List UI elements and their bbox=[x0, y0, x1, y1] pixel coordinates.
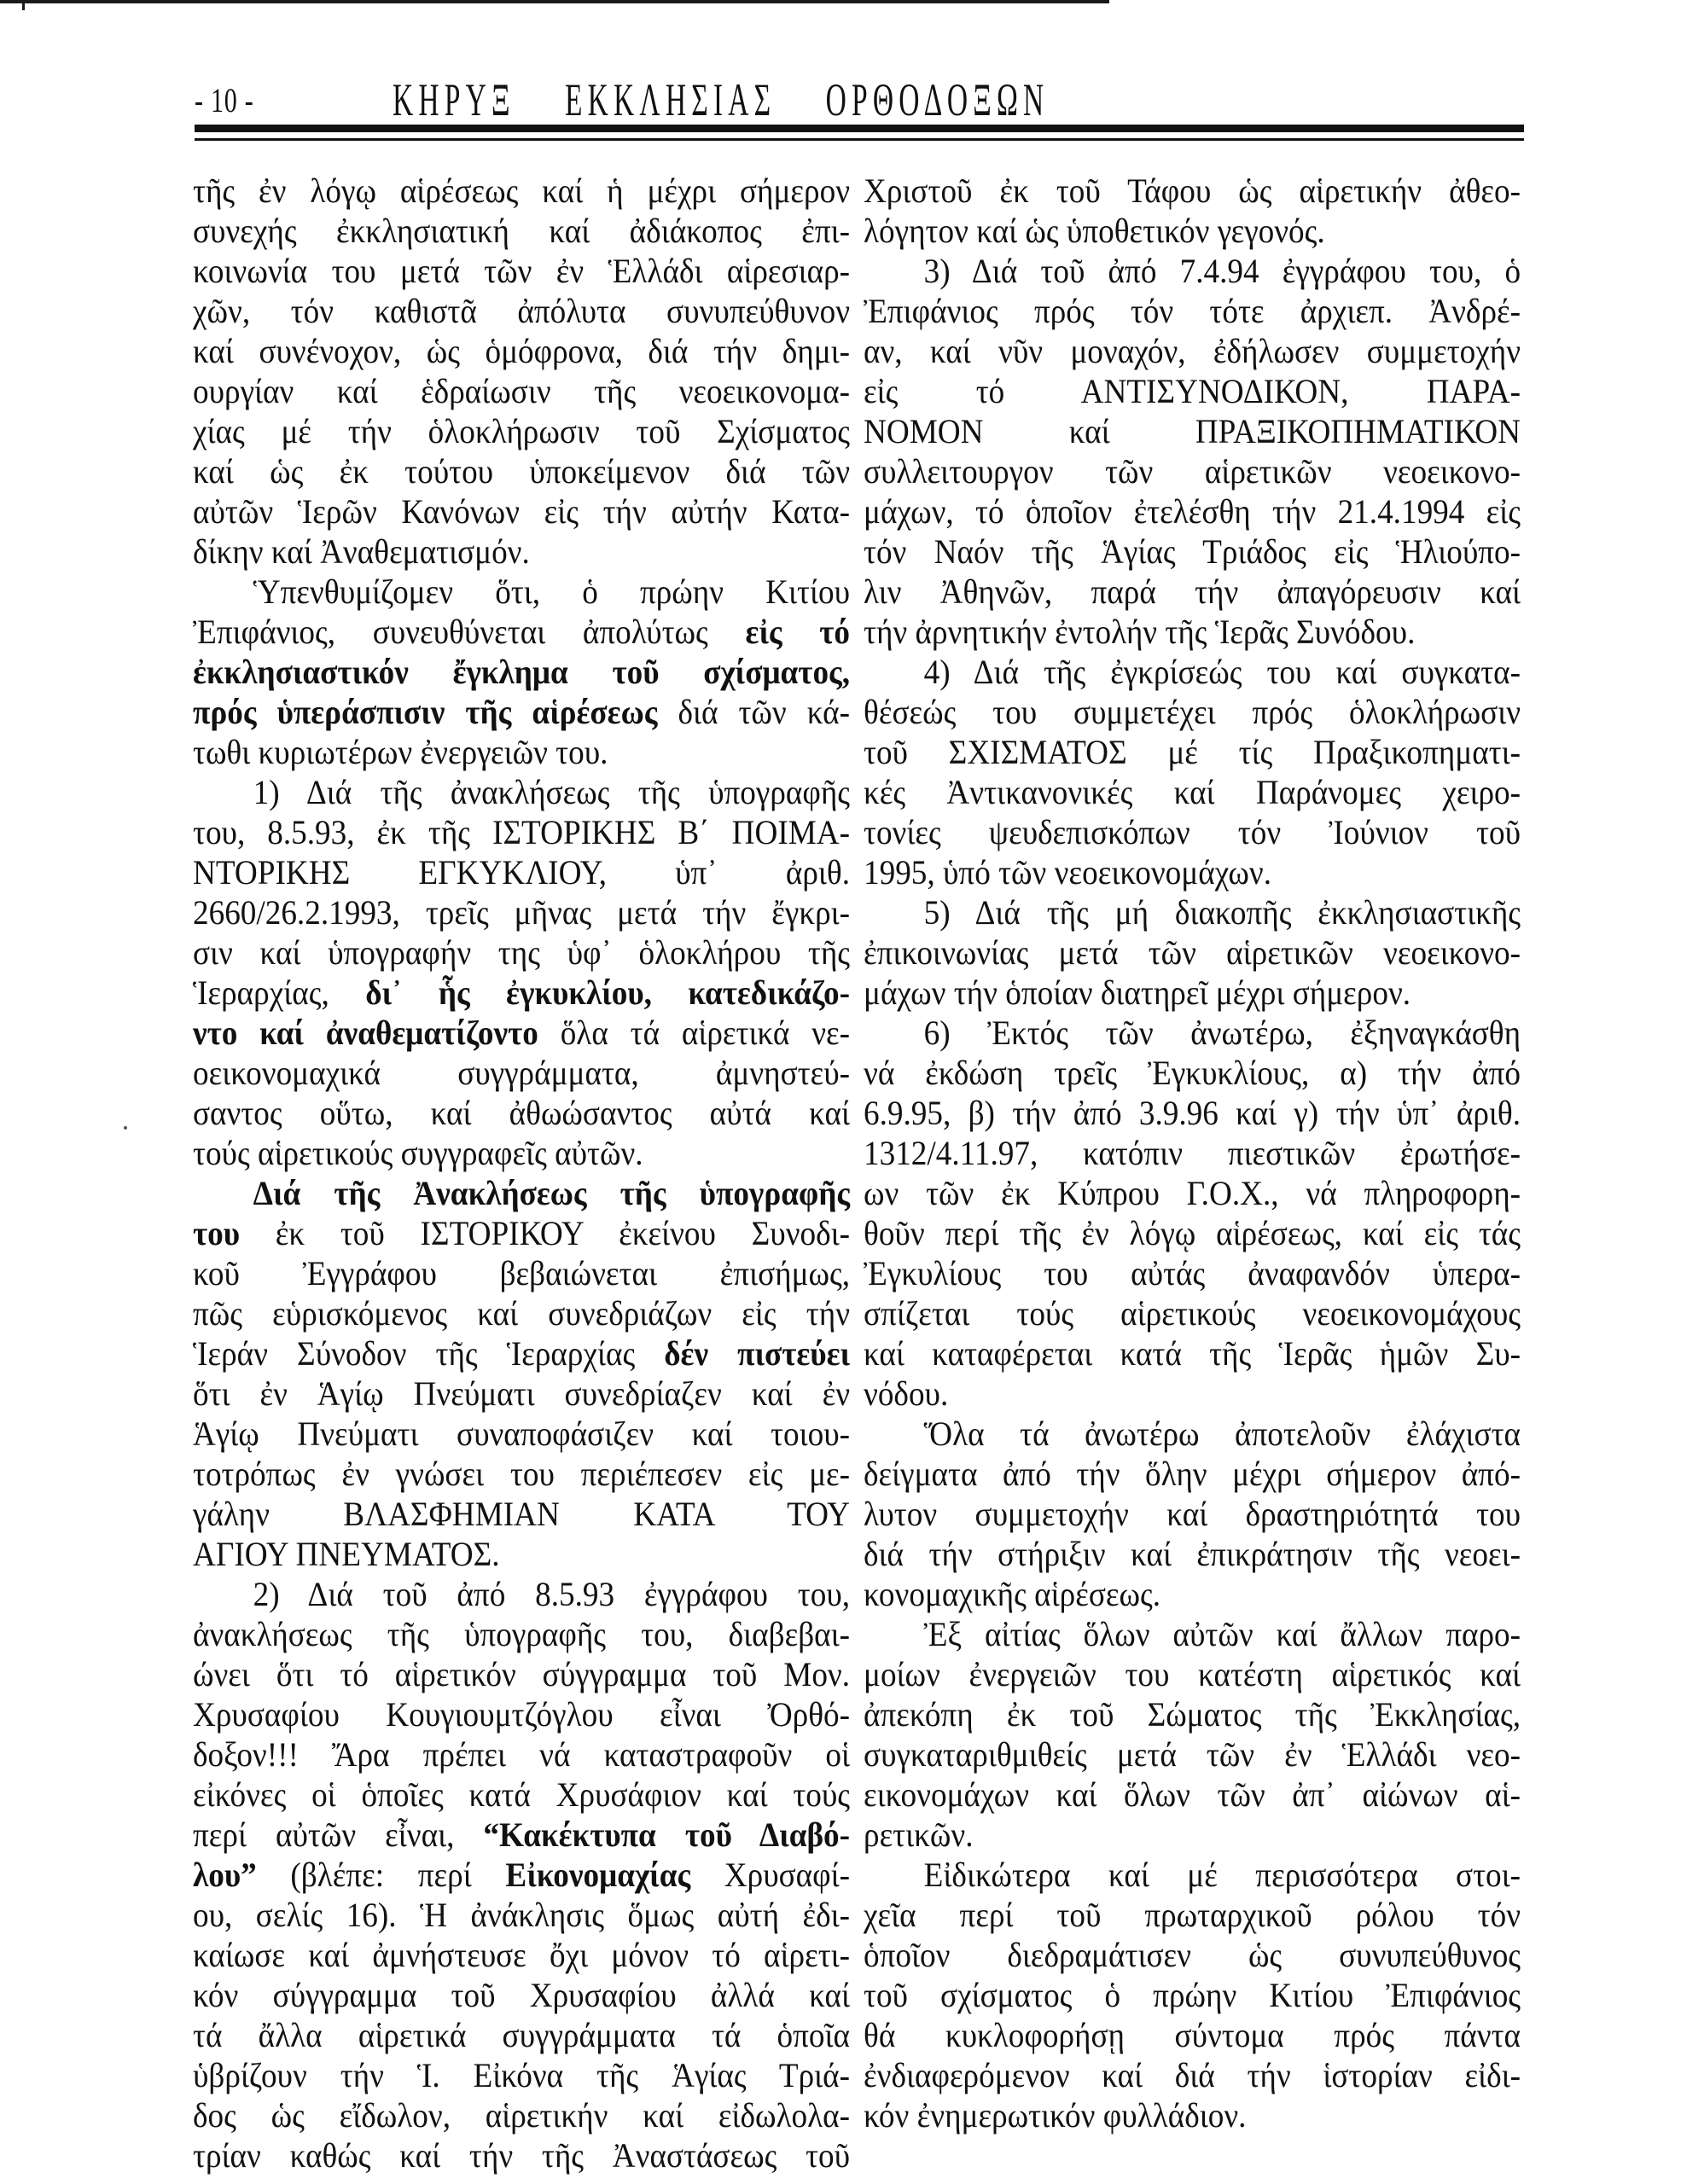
text-segment: τοτρόπως ἐν γνώσει του περιέπεσεν εἰς με… bbox=[193, 1455, 850, 1493]
text-segment: ἀπεκόπη ἐκ τοῦ Σώματος τῆς Ἐκκλησίας, bbox=[864, 1695, 1521, 1734]
text-line: τήν ἀρνητικήν ἐντολήν τῆς Ἱερᾶς Συνόδου. bbox=[864, 612, 1521, 652]
text-segment: τρίαν καθώς καί τήν τῆς Ἀναστάσεως τοῦ bbox=[193, 2136, 850, 2175]
text-segment: διά τήν στήριξιν καί ἐπικράτησιν τῆς νεο… bbox=[864, 1535, 1521, 1573]
text-segment: εικονομάχων καί ὅλων τῶν ἀπ᾽ αἰώνων αἱ- bbox=[864, 1775, 1521, 1814]
bold-text: Διά τῆς Ἀνακλήσεως τῆς ὑπογραφῆς bbox=[253, 1174, 850, 1212]
text-line: νόδου. bbox=[864, 1374, 1521, 1414]
text-segment: 6) Ἐκτός τῶν ἀνωτέρω, ἐξηναγκάσθη bbox=[924, 1014, 1521, 1052]
text-line: νά ἐκδώση τρεῖς Ἐγκυκλίους, α) τήν ἀπό bbox=[864, 1053, 1521, 1093]
text-line: ρετικῶν. bbox=[864, 1815, 1521, 1855]
text-segment: 1) Διά τῆς ἀνακλήσεως τῆς ὑπογραφῆς bbox=[253, 773, 850, 811]
text-segment: Ἐπιφάνιος, συνευθύνεται ἀπολύτως bbox=[193, 613, 745, 651]
text-segment: ἐκ τοῦ ΙΣΤΟΡΙΚΟΥ ἐκείνου Συνοδι- bbox=[240, 1214, 850, 1252]
bold-text: λου” bbox=[193, 1856, 257, 1894]
text-line: χίας μέ τήν ὁλοκλήρωσιν τοῦ Σχίσματος bbox=[193, 411, 850, 451]
text-segment: εἰκόνες οἱ ὁποῖες κατά Χρυσάφιον καί τού… bbox=[193, 1775, 850, 1814]
text-segment: συλλειτουργον τῶν αἱρετικῶν νεοεικονο- bbox=[864, 452, 1521, 491]
title-word: ΟΡΘΟΔΟΞΩΝ bbox=[826, 74, 1050, 125]
text-line: ουργίαν καί ἑδραίωσιν τῆς νεοεικονομα- bbox=[193, 371, 850, 411]
text-line: καί ὡς ἐκ τούτου ὑποκείμενον διά τῶν bbox=[193, 451, 850, 491]
text-line: χεῖα περί τοῦ πρωταρχικοῦ ρόλου τόν bbox=[864, 1895, 1521, 1935]
text-line: τωθι κυριωτέρων ἐνεργειῶν του. bbox=[193, 732, 850, 772]
text-segment: συγκαταριθμιθείς μετά τῶν ἐν Ἑλλάδι νεο- bbox=[864, 1735, 1521, 1774]
text-line: λου” (βλέπε: περί Εἰκονομαχίας Χρυσαφί- bbox=[193, 1855, 850, 1895]
text-segment: τόν Ναόν τῆς Ἁγίας Τριάδος εἰς Ἡλιούπο- bbox=[864, 532, 1521, 571]
text-segment: πῶς εὑρισκόμενος καί συνεδριάζων εἰς τήν bbox=[193, 1294, 850, 1333]
text-segment: χίας μέ τήν ὁλοκλήρωσιν τοῦ Σχίσματος bbox=[193, 412, 850, 450]
bold-text: Εἰκονομαχίας bbox=[505, 1856, 690, 1894]
text-line: τοῦ σχίσματος ὁ πρώην Κιτίου Ἐπιφάνιος bbox=[864, 1975, 1521, 2015]
text-segment: δος ὡς εἴδωλον, αἱρετικήν καί εἰδωλολα- bbox=[193, 2096, 850, 2135]
text-segment: 5) Διά τῆς μή διακοπῆς ἐκκλησιαστικῆς bbox=[924, 893, 1521, 932]
text-line: πρός ὑπεράσπισιν τῆς αἱρέσεως διά τῶν κά… bbox=[193, 692, 850, 732]
text-line: ΝΤΟΡΙΚΗΣ ΕΓΚΥΚΛΙΟΥ, ὑπ᾽ ἀριθ. bbox=[193, 852, 850, 892]
text-segment: 2) Διά τοῦ ἀπό 8.5.93 ἐγγράφου του, bbox=[253, 1575, 850, 1613]
text-line: ἐνδιαφερόμενον καί διά τήν ἱστορίαν εἰδι… bbox=[864, 2055, 1521, 2095]
text-segment: ρετικῶν. bbox=[864, 1815, 973, 1854]
text-segment: ΝΟΜΟΝ καί ΠΡΑΞΙΚΟΠΗΜΑΤΙΚΟΝ bbox=[864, 412, 1521, 450]
text-segment: λυτον συμμετοχήν καί δραστηριότητά του bbox=[864, 1495, 1521, 1533]
text-segment: ὅτι ἐν Ἁγίῳ Πνεύματι συνεδρίαζεν καί ἐν bbox=[193, 1374, 850, 1413]
text-segment: καί καταφέρεται κατά τῆς Ἱερᾶς ἡμῶν Συ- bbox=[864, 1334, 1521, 1373]
text-segment: νόδου. bbox=[864, 1374, 948, 1413]
text-line: 2660/26.2.1993, τρεῖς μῆνας μετά τήν ἔγκ… bbox=[193, 892, 850, 932]
text-line: κοῦ Ἐγγράφου βεβαιώνεται ἐπισήμως, bbox=[193, 1253, 850, 1293]
text-line: σπίζεται τούς αἱρετικούς νεοεικονομάχους bbox=[864, 1293, 1521, 1333]
text-line: καίωσε καί ἀμνήστευσε ὄχι μόνον τό αἱρετ… bbox=[193, 1935, 850, 1975]
text-segment: οεικονομαχικά συγγράμματα, ἀμνηστεύ- bbox=[193, 1054, 850, 1092]
text-segment: χεῖα περί τοῦ πρωταρχικοῦ ρόλου τόν bbox=[864, 1896, 1521, 1934]
text-line: 4) Διά τῆς ἐγκρίσεώς του καί συγκατα- bbox=[864, 652, 1521, 692]
text-segment: διά τῶν κά- bbox=[657, 693, 850, 731]
text-segment: Ἁγίῳ Πνεύματι συναποφάσιζεν καί τοιου- bbox=[193, 1414, 850, 1453]
right-column: Χριστοῦ ἐκ τοῦ Τάφου ὡς αἱρετικήν ἀθεο-λ… bbox=[864, 171, 1521, 2135]
text-segment: ὅλα τά αἱρετικά νε- bbox=[538, 1014, 850, 1052]
text-line: τοτρόπως ἐν γνώσει του περιέπεσεν εἰς με… bbox=[193, 1454, 850, 1494]
bold-text: εἰς τό bbox=[745, 613, 850, 651]
text-line: λυτον συμμετοχήν καί δραστηριότητά του bbox=[864, 1494, 1521, 1534]
text-segment: θέσεώς του συμμετέχει πρός ὁλοκλήρωσιν bbox=[864, 693, 1521, 731]
text-segment: ουργίαν καί ἑδραίωσιν τῆς νεοεικονομα- bbox=[193, 372, 850, 410]
text-segment: αὐτῶν Ἱερῶν Κανόνων εἰς τήν αὐτήν Κατα- bbox=[193, 492, 850, 531]
text-segment: 4) Διά τῆς ἐγκρίσεώς του καί συγκατα- bbox=[924, 653, 1521, 691]
text-line: Διά τῆς Ἀνακλήσεως τῆς ὑπογραφῆς bbox=[193, 1173, 850, 1213]
bold-text: “Κακέκτυπα τοῦ Διαβό- bbox=[483, 1815, 850, 1854]
text-line: συνεχής ἐκκλησιατική καί ἀδιάκοπος ἐπι- bbox=[193, 211, 850, 251]
text-line: τά ἄλλα αἱρετικά συγγράμματα τά ὁποῖα bbox=[193, 2015, 850, 2055]
text-line: ἐκκλησιαστικόν ἔγκλημα τοῦ σχίσματος, bbox=[193, 652, 850, 692]
text-segment: ων τῶν ἐκ Κύπρου Γ.Ο.Χ., νά πληροφορη- bbox=[864, 1174, 1521, 1212]
text-segment: τοῦ ΣΧΙΣΜΑΤΟΣ μέ τίς Πραξικοπηματι- bbox=[864, 733, 1521, 771]
text-segment: μοίων ἐνεργειῶν του κατέστη αἱρετικός κα… bbox=[864, 1655, 1521, 1693]
text-line: Ἱεραρχίας, δι᾽ ἧς ἐγκυκλίου, κατεδικάζο- bbox=[193, 973, 850, 1013]
text-line: εἰκόνες οἱ ὁποῖες κατά Χρυσάφιον καί τού… bbox=[193, 1774, 850, 1815]
text-segment: μάχων, τό ὁποῖον ἐτελέσθη τήν 21.4.1994 … bbox=[864, 492, 1521, 531]
text-line: αὐτῶν Ἱερῶν Κανόνων εἰς τήν αὐτήν Κατα- bbox=[193, 491, 850, 531]
text-segment: εἰς τό ΑΝΤΙΣΥΝΟΔΙΚΟΝ, ΠΑΡΑ- bbox=[864, 372, 1521, 410]
text-line: ὑβρίζουν τήν Ἱ. Εἰκόνα τῆς Ἁγίας Τριά- bbox=[193, 2055, 850, 2095]
text-segment: θά κυκλοφορήσῃ σύντομα πρός πάντα bbox=[864, 2016, 1521, 2054]
text-line: ώνει ὅτι τό αἱρετικόν σύγγραμμα τοῦ Μον. bbox=[193, 1654, 850, 1694]
text-line: σιν καί ὑπογραφήν της ὑφ᾽ ὁλοκλήρου τῆς bbox=[193, 932, 850, 973]
bold-text: πρός ὑπεράσπισιν τῆς αἱρέσεως bbox=[193, 693, 657, 731]
text-segment: κοινωνία του μετά τῶν ἐν Ἑλλάδι αἱρεσιαρ… bbox=[193, 252, 850, 290]
text-segment: (βλέπε: περί bbox=[257, 1856, 506, 1894]
text-segment: ΑΓΙΟΥ ΠΝΕΥΜΑΤΟΣ. bbox=[193, 1535, 500, 1573]
text-line: τῆς ἐν λόγῳ αἱρέσεως καί ἡ μέχρι σήμερον bbox=[193, 171, 850, 211]
text-segment: τῆς ἐν λόγῳ αἱρέσεως καί ἡ μέχρι σήμερον bbox=[193, 171, 850, 210]
scan-edge-tick bbox=[22, 0, 25, 10]
text-segment: ὁποῖον διεδραμάτισεν ὡς συνυπεύθυνος bbox=[864, 1936, 1521, 1974]
text-line: Ἐξ αἰτίας ὅλων αὐτῶν καί ἄλλων παρο- bbox=[864, 1614, 1521, 1654]
text-segment: Χριστοῦ ἐκ τοῦ Τάφου ὡς αἱρετικήν ἀθεο- bbox=[864, 171, 1521, 210]
journal-title: ΚΗΡΥΞ ΕΚΚΛΗΣΙΑΣ ΟΡΘΟΔΟΞΩΝ bbox=[393, 73, 1049, 126]
text-segment: δίκην καί Ἀναθεματισμόν. bbox=[193, 532, 530, 571]
text-line: κονομαχικῆς αἱρέσεως. bbox=[864, 1574, 1521, 1614]
text-line: συλλειτουργον τῶν αἱρετικῶν νεοεικονο- bbox=[864, 451, 1521, 491]
text-line: ἐπικοινωνίας μετά τῶν αἱρετικῶν νεοεικον… bbox=[864, 932, 1521, 973]
text-line: 1) Διά τῆς ἀνακλήσεως τῆς ὑπογραφῆς bbox=[193, 772, 850, 812]
text-line: Εἰδικώτερα καί μέ περισσότερα στοι- bbox=[864, 1855, 1521, 1895]
text-line: ΝΟΜΟΝ καί ΠΡΑΞΙΚΟΠΗΜΑΤΙΚΟΝ bbox=[864, 411, 1521, 451]
text-segment: λιν Ἀθηνῶν, παρά τήν ἀπαγόρευσιν καί bbox=[864, 572, 1521, 611]
text-line: λόγητον καί ὡς ὑποθετικόν γεγονός. bbox=[864, 211, 1521, 251]
text-line: ὁποῖον διεδραμάτισεν ὡς συνυπεύθυνος bbox=[864, 1935, 1521, 1975]
bold-text: ἐκκλησιαστικόν ἔγκλημα τοῦ σχίσματος, bbox=[193, 653, 850, 691]
text-segment: 1312/4.11.97, κατόπιν πιεστικῶν ἐρωτήσε- bbox=[864, 1134, 1521, 1172]
text-segment: δείγματα ἀπό τήν ὅλην μέχρι σήμερον ἀπό- bbox=[864, 1455, 1521, 1493]
text-segment: ἀνακλήσεως τῆς ὑπογραφῆς του, διαβεβαι- bbox=[193, 1615, 850, 1653]
text-line: θά κυκλοφορήσῃ σύντομα πρός πάντα bbox=[864, 2015, 1521, 2055]
text-segment: ου, σελίς 16). Ἡ ἀνάκλησις ὅμως αὐτή ἐδι… bbox=[193, 1896, 850, 1934]
text-segment: αν, καί νῦν μοναχόν, ἐδήλωσεν συμμετοχήν bbox=[864, 332, 1521, 370]
text-line: ὅτι ἐν Ἁγίῳ Πνεύματι συνεδρίαζεν καί ἐν bbox=[193, 1374, 850, 1414]
text-segment: Εἰδικώτερα καί μέ περισσότερα στοι- bbox=[924, 1856, 1521, 1894]
text-line: διά τήν στήριξιν καί ἐπικράτησιν τῆς νεο… bbox=[864, 1534, 1521, 1574]
page-header: - 10 - ΚΗΡΥΞ ΕΚΚΛΗΣΙΑΣ ΟΡΘΟΔΟΞΩΝ bbox=[195, 75, 1526, 118]
text-line: κόν σύγγραμμα τοῦ Χρυσαφίου ἀλλά καί bbox=[193, 1975, 850, 2015]
text-segment: νά ἐκδώση τρεῖς Ἐγκυκλίους, α) τήν ἀπό bbox=[864, 1054, 1521, 1092]
text-line: Ἱεράν Σύνοδον τῆς Ἱεραρχίας δέν πιστεύει bbox=[193, 1333, 850, 1374]
text-segment: Χρυσαφί- bbox=[690, 1856, 850, 1894]
text-line: 6) Ἐκτός τῶν ἀνωτέρω, ἐξηναγκάσθη bbox=[864, 1013, 1521, 1053]
text-line: θέσεώς του συμμετέχει πρός ὁλοκλήρωσιν bbox=[864, 692, 1521, 732]
text-segment: καί συνένοχον, ὡς ὁμόφρονα, διά τήν δημι… bbox=[193, 332, 850, 370]
text-line: ων τῶν ἐκ Κύπρου Γ.Ο.Χ., νά πληροφορη- bbox=[864, 1173, 1521, 1213]
text-segment: δοξον!!! Ἄρα πρέπει νά καταστραφοῦν οἱ bbox=[193, 1735, 850, 1774]
text-line: του, 8.5.93, ἐκ τῆς ΙΣΤΟΡΙΚΗΣ Β΄ ΠΟΙΜΑ- bbox=[193, 812, 850, 852]
bold-text: δι᾽ ἧς ἐγκυκλίου, κατεδικάζο- bbox=[365, 973, 850, 1012]
margin-mark bbox=[124, 1126, 127, 1130]
text-line: κές Ἀντικανονικές καί Παράνομες χειρο- bbox=[864, 772, 1521, 812]
text-line: 2) Διά τοῦ ἀπό 8.5.93 ἐγγράφου του, bbox=[193, 1574, 850, 1614]
text-line: εἰς τό ΑΝΤΙΣΥΝΟΔΙΚΟΝ, ΠΑΡΑ- bbox=[864, 371, 1521, 411]
header-rule-thick bbox=[195, 125, 1524, 132]
text-segment: κόν ἐνημερωτικόν φυλλάδιον. bbox=[864, 2096, 1246, 2135]
text-line: δοξον!!! Ἄρα πρέπει νά καταστραφοῦν οἱ bbox=[193, 1734, 850, 1774]
text-line: κοινωνία του μετά τῶν ἐν Ἑλλάδι αἱρεσιαρ… bbox=[193, 251, 850, 291]
text-line: τρίαν καθώς καί τήν τῆς Ἀναστάσεως τοῦ bbox=[193, 2135, 850, 2175]
text-line: κόν ἐνημερωτικόν φυλλάδιον. bbox=[864, 2095, 1521, 2135]
text-line: αν, καί νῦν μοναχόν, ἐδήλωσεν συμμετοχήν bbox=[864, 331, 1521, 371]
text-line: οεικονομαχικά συγγράμματα, ἀμνηστεύ- bbox=[193, 1053, 850, 1093]
text-line: θοῦν περί τῆς ἐν λόγῳ αἱρέσεως, καί εἰς … bbox=[864, 1213, 1521, 1253]
text-line: Ὅλα τά ἀνωτέρω ἀποτελοῦν ἐλάχιστα bbox=[864, 1414, 1521, 1454]
page-number: - 10 - bbox=[195, 80, 253, 120]
title-word: ΕΚΚΛΗΣΙΑΣ bbox=[565, 74, 776, 125]
text-segment: Χρυσαφίου Κουγιουμτζόγλου εἶναι Ὀρθό- bbox=[193, 1695, 850, 1734]
text-segment: ΝΤΟΡΙΚΗΣ ΕΓΚΥΚΛΙΟΥ, ὑπ᾽ ἀριθ. bbox=[193, 853, 850, 892]
text-line: Χριστοῦ ἐκ τοῦ Τάφου ὡς αἱρετικήν ἀθεο- bbox=[864, 171, 1521, 211]
text-line: ἀνακλήσεως τῆς ὑπογραφῆς του, διαβεβαι- bbox=[193, 1614, 850, 1654]
text-segment: σπίζεται τούς αἱρετικούς νεοεικονομάχους bbox=[864, 1294, 1521, 1333]
text-line: πῶς εὑρισκόμενος καί συνεδριάζων εἰς τήν bbox=[193, 1293, 850, 1333]
text-line: γάλην ΒΛΑΣΦΗΜΙΑΝ ΚΑΤΑ ΤΟΥ bbox=[193, 1494, 850, 1534]
text-segment: ώνει ὅτι τό αἱρετικόν σύγγραμμα τοῦ Μον. bbox=[193, 1655, 850, 1693]
text-line: λιν Ἀθηνῶν, παρά τήν ἀπαγόρευσιν καί bbox=[864, 572, 1521, 612]
text-segment: μάχων τήν ὁποίαν διατηρεῖ μέχρι σήμερον. bbox=[864, 973, 1411, 1012]
text-segment: Ἐπιφάνιος πρός τόν τότε ἀρχιεπ. Ἀνδρέ- bbox=[864, 292, 1521, 330]
text-segment: 3) Διά τοῦ ἀπό 7.4.94 ἐγγράφου του, ὁ bbox=[924, 252, 1521, 290]
text-segment: τονίες ψευδεπισκόπων τόν Ἰούνιον τοῦ bbox=[864, 813, 1521, 851]
text-segment: του, 8.5.93, ἐκ τῆς ΙΣΤΟΡΙΚΗΣ Β΄ ΠΟΙΜΑ- bbox=[193, 813, 850, 851]
text-line: καί συνένοχον, ὡς ὁμόφρονα, διά τήν δημι… bbox=[193, 331, 850, 371]
text-line: Ἐπιφάνιος πρός τόν τότε ἀρχιεπ. Ἀνδρέ- bbox=[864, 291, 1521, 331]
text-line: μάχων τήν ὁποίαν διατηρεῖ μέχρι σήμερον. bbox=[864, 973, 1521, 1013]
text-segment: Ἱεραρχίας, bbox=[193, 973, 365, 1012]
text-segment: τούς αἱρετικούς συγγραφεῖς αὐτῶν. bbox=[193, 1134, 643, 1172]
text-segment: 2660/26.2.1993, τρεῖς μῆνας μετά τήν ἔγκ… bbox=[193, 893, 850, 932]
text-segment: περί αὐτῶν εἶναι, bbox=[193, 1815, 483, 1854]
text-segment: καίωσε καί ἀμνήστευσε ὄχι μόνον τό αἱρετ… bbox=[193, 1936, 850, 1974]
text-line: ντο καί ἀναθεματίζοντο ὅλα τά αἱρετικά ν… bbox=[193, 1013, 850, 1053]
text-line: ἀπεκόπη ἐκ τοῦ Σώματος τῆς Ἐκκλησίας, bbox=[864, 1694, 1521, 1734]
text-line: χῶν, τόν καθιστᾶ ἀπόλυτα συνυπεύθυνον bbox=[193, 291, 850, 331]
text-line: Χρυσαφίου Κουγιουμτζόγλου εἶναι Ὀρθό- bbox=[193, 1694, 850, 1734]
text-segment: Ἱεράν Σύνοδον τῆς Ἱεραρχίας bbox=[193, 1334, 664, 1373]
text-segment: χῶν, τόν καθιστᾶ ἀπόλυτα συνυπεύθυνον bbox=[193, 292, 850, 330]
text-segment: κοῦ Ἐγγράφου βεβαιώνεται ἐπισήμως, bbox=[193, 1254, 850, 1292]
text-line: 1995, ὑπό τῶν νεοεικονομάχων. bbox=[864, 852, 1521, 892]
text-segment: σαντος οὕτω, καί ἀθωώσαντος αὐτά καί bbox=[193, 1094, 850, 1132]
bold-text: του bbox=[193, 1214, 240, 1252]
text-segment: σιν καί ὑπογραφήν της ὑφ᾽ ὁλοκλήρου τῆς bbox=[193, 933, 850, 972]
text-segment: τήν ἀρνητικήν ἐντολήν τῆς Ἱερᾶς Συνόδου. bbox=[864, 613, 1415, 651]
text-line: δίκην καί Ἀναθεματισμόν. bbox=[193, 531, 850, 572]
text-line: τοῦ ΣΧΙΣΜΑΤΟΣ μέ τίς Πραξικοπηματι- bbox=[864, 732, 1521, 772]
text-segment: ὑβρίζουν τήν Ἱ. Εἰκόνα τῆς Ἁγίας Τριά- bbox=[193, 2056, 850, 2094]
text-line: μοίων ἐνεργειῶν του κατέστη αἱρετικός κα… bbox=[864, 1654, 1521, 1694]
text-line: 6.9.95, β) τήν ἀπό 3.9.96 καί γ) τήν ὑπ᾽… bbox=[864, 1093, 1521, 1133]
header-rule-thin bbox=[195, 138, 1524, 141]
text-segment: τά ἄλλα αἱρετικά συγγράμματα τά ὁποῖα bbox=[193, 2016, 850, 2054]
text-segment: Ὅλα τά ἀνωτέρω ἀποτελοῦν ἐλάχιστα bbox=[924, 1414, 1521, 1453]
text-segment: συνεχής ἐκκλησιατική καί ἀδιάκοπος ἐπι- bbox=[193, 212, 850, 250]
left-column: τῆς ἐν λόγῳ αἱρέσεως καί ἡ μέχρι σήμερον… bbox=[193, 171, 850, 2175]
text-line: του ἐκ τοῦ ΙΣΤΟΡΙΚΟΥ ἐκείνου Συνοδι- bbox=[193, 1213, 850, 1253]
text-line: σαντος οὕτω, καί ἀθωώσαντος αὐτά καί bbox=[193, 1093, 850, 1133]
text-line: μάχων, τό ὁποῖον ἐτελέσθη τήν 21.4.1994 … bbox=[864, 491, 1521, 531]
text-line: καί καταφέρεται κατά τῆς Ἱερᾶς ἡμῶν Συ- bbox=[864, 1333, 1521, 1374]
text-segment: γάλην ΒΛΑΣΦΗΜΙΑΝ ΚΑΤΑ ΤΟΥ bbox=[193, 1495, 850, 1533]
text-line: ΑΓΙΟΥ ΠΝΕΥΜΑΤΟΣ. bbox=[193, 1534, 850, 1574]
text-segment: τωθι κυριωτέρων ἐνεργειῶν του. bbox=[193, 733, 608, 771]
text-line: Ὑπενθυμίζομεν ὅτι, ὁ πρώην Κιτίου bbox=[193, 572, 850, 612]
bold-text: ντο καί ἀναθεματίζοντο bbox=[193, 1014, 538, 1052]
text-line: Ἐγκυλίους του αὐτάς ἀναφανδόν ὑπερα- bbox=[864, 1253, 1521, 1293]
text-line: δείγματα ἀπό τήν ὅλην μέχρι σήμερον ἀπό- bbox=[864, 1454, 1521, 1494]
text-segment: Ἐξ αἰτίας ὅλων αὐτῶν καί ἄλλων παρο- bbox=[924, 1615, 1521, 1653]
text-line: συγκαταριθμιθείς μετά τῶν ἐν Ἑλλάδι νεο- bbox=[864, 1734, 1521, 1774]
text-segment: καί ὡς ἐκ τούτου ὑποκείμενον διά τῶν bbox=[193, 452, 850, 491]
text-line: Ἐπιφάνιος, συνευθύνεται ἀπολύτως εἰς τό bbox=[193, 612, 850, 652]
text-line: Ἁγίῳ Πνεύματι συναποφάσιζεν καί τοιου- bbox=[193, 1414, 850, 1454]
text-line: 1312/4.11.97, κατόπιν πιεστικῶν ἐρωτήσε- bbox=[864, 1133, 1521, 1173]
text-line: 5) Διά τῆς μή διακοπῆς ἐκκλησιαστικῆς bbox=[864, 892, 1521, 932]
text-segment: κές Ἀντικανονικές καί Παράνομες χειρο- bbox=[864, 773, 1521, 811]
text-segment: κόν σύγγραμμα τοῦ Χρυσαφίου ἀλλά καί bbox=[193, 1976, 850, 2014]
text-line: τονίες ψευδεπισκόπων τόν Ἰούνιον τοῦ bbox=[864, 812, 1521, 852]
text-line: τούς αἱρετικούς συγγραφεῖς αὐτῶν. bbox=[193, 1133, 850, 1173]
text-segment: λόγητον καί ὡς ὑποθετικόν γεγονός. bbox=[864, 212, 1325, 250]
scan-edge-artifact bbox=[0, 0, 1109, 3]
text-segment: Ἐγκυλίους του αὐτάς ἀναφανδόν ὑπερα- bbox=[864, 1254, 1521, 1292]
title-word: ΚΗΡΥΞ bbox=[393, 74, 515, 125]
text-line: τόν Ναόν τῆς Ἁγίας Τριάδος εἰς Ἡλιούπο- bbox=[864, 531, 1521, 572]
text-segment: τοῦ σχίσματος ὁ πρώην Κιτίου Ἐπιφάνιος bbox=[864, 1976, 1521, 2014]
text-segment: Ὑπενθυμίζομεν ὅτι, ὁ πρώην Κιτίου bbox=[253, 572, 850, 611]
text-segment: ἐνδιαφερόμενον καί διά τήν ἱστορίαν εἰδι… bbox=[864, 2056, 1521, 2094]
text-segment: 6.9.95, β) τήν ἀπό 3.9.96 καί γ) τήν ὑπ᾽… bbox=[864, 1094, 1521, 1132]
text-segment: 1995, ὑπό τῶν νεοεικονομάχων. bbox=[864, 853, 1271, 892]
text-line: περί αὐτῶν εἶναι, “Κακέκτυπα τοῦ Διαβό- bbox=[193, 1815, 850, 1855]
text-segment: κονομαχικῆς αἱρέσεως. bbox=[864, 1575, 1160, 1613]
text-line: 3) Διά τοῦ ἀπό 7.4.94 ἐγγράφου του, ὁ bbox=[864, 251, 1521, 291]
text-line: εικονομάχων καί ὅλων τῶν ἀπ᾽ αἰώνων αἱ- bbox=[864, 1774, 1521, 1815]
text-line: ου, σελίς 16). Ἡ ἀνάκλησις ὅμως αὐτή ἐδι… bbox=[193, 1895, 850, 1935]
text-line: δος ὡς εἴδωλον, αἱρετικήν καί εἰδωλολα- bbox=[193, 2095, 850, 2135]
bold-text: δέν πιστεύει bbox=[664, 1334, 850, 1373]
text-segment: θοῦν περί τῆς ἐν λόγῳ αἱρέσεως, καί εἰς … bbox=[864, 1214, 1521, 1252]
text-segment: ἐπικοινωνίας μετά τῶν αἱρετικῶν νεοεικον… bbox=[864, 933, 1521, 972]
